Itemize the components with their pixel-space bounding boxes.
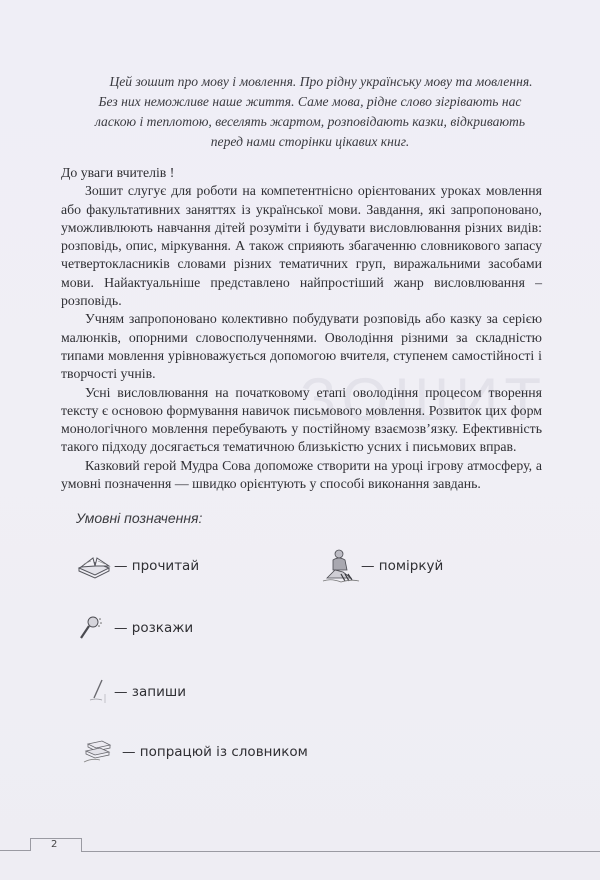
intro-line: ласкою і теплотою, веселять жартом, розп…: [70, 112, 550, 132]
open-book-icon: [76, 552, 114, 580]
intro-line: перед нами сторінки цікавих книг.: [70, 132, 550, 152]
teacher-greeting: До уваги вчителів !: [61, 164, 542, 182]
legend-label: — розкажи: [114, 620, 193, 636]
body-paragraph: Зошит слугує для роботи на компетентнісн…: [61, 182, 542, 310]
legend-item-tell: — розкажи: [76, 614, 193, 642]
intro-line: Цей зошит про мову і мовлення. Про рідну…: [70, 72, 550, 92]
legend-label: — поміркуй: [361, 558, 443, 574]
microphone-icon: [76, 614, 114, 642]
body-paragraph: Учням запропоновано колективно побудуват…: [61, 310, 542, 383]
footer-rule: [0, 850, 30, 851]
legend-item-dictionary: — попрацюй із словником: [82, 738, 308, 766]
intro-paragraph: Цей зошит про мову і мовлення. Про рідну…: [70, 72, 550, 152]
workbook-page: ЗОШИТ Цей зошит про мову і мовлення. Про…: [0, 0, 600, 880]
page-number: 2: [51, 839, 57, 850]
legend-label: — попрацюй із словником: [122, 744, 308, 760]
symbols-legend: Умовні позначення: — прочитай: [76, 510, 536, 780]
legend-label: — прочитай: [114, 558, 199, 574]
footer-rule: [81, 851, 600, 852]
legend-item-think: — поміркуй: [321, 548, 443, 584]
stack-of-books-icon: [82, 738, 122, 766]
body-paragraph: Усні висловлювання на початковому етапі …: [61, 384, 542, 457]
page-footer: 2: [0, 838, 600, 862]
pen-icon: [86, 678, 114, 706]
legend-item-read: — прочитай: [76, 552, 199, 580]
thinking-figure-icon: [321, 548, 361, 584]
legend-title: Умовні позначення:: [76, 510, 202, 526]
teacher-note: До уваги вчителів ! Зошит слугує для роб…: [61, 164, 542, 493]
legend-label: — запиши: [114, 684, 186, 700]
legend-item-write: — запиши: [86, 678, 186, 706]
body-paragraph: Казковий герой Мудра Сова допоможе створ…: [61, 457, 542, 494]
intro-line: Без них неможливе наше життя. Саме мова,…: [70, 92, 550, 112]
